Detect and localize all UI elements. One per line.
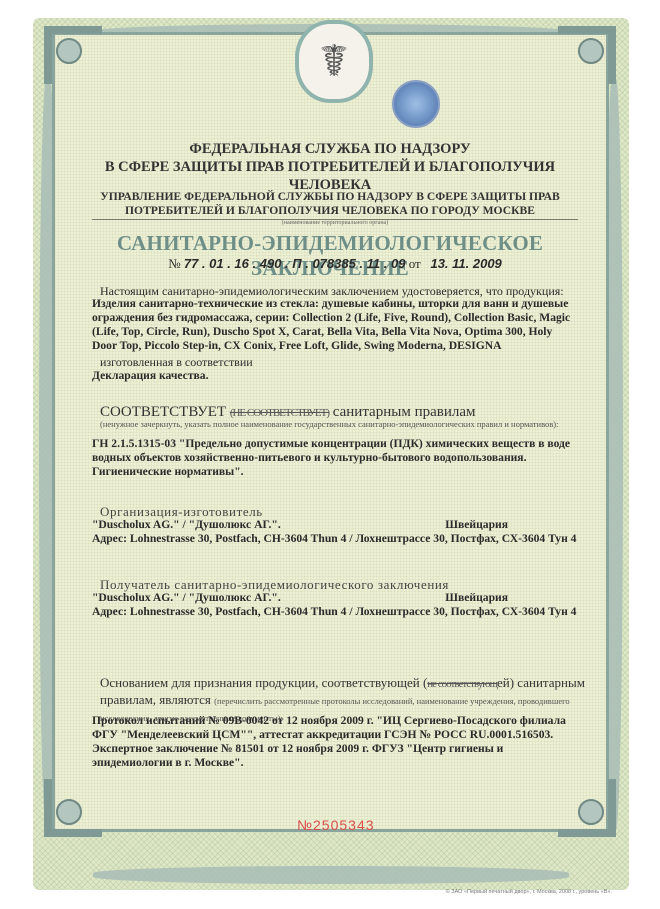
rules-value: ГН 2.1.5.1315-03 "Предельно допустимые к… [92, 437, 578, 479]
agency-line-1: ФЕДЕРАЛЬНАЯ СЛУЖБА ПО НАДЗОРУ [80, 140, 580, 158]
date-prefix: от [409, 256, 421, 271]
basis-label-1: Основанием для признания продукции, соот… [100, 675, 427, 690]
guilloche-border-bottom [93, 866, 569, 884]
coat-of-arms-icon: ☤ [295, 20, 373, 103]
agency-line-2: В СФЕРЕ ЗАЩИТЫ ПРАВ ПОТРЕБИТЕЛЕЙ И БЛАГО… [80, 158, 580, 194]
ornament-corner-icon [558, 26, 616, 84]
certificate-date: 13. 11. 2009 [430, 256, 501, 271]
recipient-block: "Duscholux AG." / "Душолюкс АГ.".Швейцар… [92, 591, 578, 619]
struck-text: (НЕ СООТВЕТСТВУЕТ) [230, 407, 329, 419]
serial-number: №2505343 [297, 817, 375, 833]
ornament-corner-icon [44, 779, 102, 837]
agency-name: ФЕДЕРАЛЬНАЯ СЛУЖБА ПО НАДЗОРУ В СФЕРЕ ЗА… [80, 140, 580, 194]
manufacturer-name: "Duscholux AG." / "Душолюкс АГ.". [92, 518, 281, 532]
recipient-country: Швейцария [445, 591, 508, 605]
office-name: УПРАВЛЕНИЕ ФЕДЕРАЛЬНОЙ СЛУЖБЫ ПО НАДЗОРУ… [85, 190, 575, 218]
conformity-label: СООТВЕТСТВУЕТ [100, 404, 226, 420]
number-prefix: № [168, 256, 180, 271]
office-line-1: УПРАВЛЕНИЕ ФЕДЕРАЛЬНОЙ СЛУЖБЫ ПО НАДЗОРУ… [85, 190, 575, 204]
printer-imprint: © ЗАО «Первый печатный двор», г. Москва,… [446, 889, 612, 895]
basis-struck: не соответствующ [427, 678, 497, 690]
product-intro: Настоящим санитарно-эпидемиологическим з… [92, 284, 586, 298]
recipient-name: "Duscholux AG." / "Душолюкс АГ.". [92, 591, 281, 605]
rules-label: санитарным правилам [333, 404, 476, 420]
office-line-2: ПОТРЕБИТЕЛЕЙ И БЛАГОПОЛУЧИЯ ЧЕЛОВЕКА ПО … [85, 204, 575, 218]
made-value: Декларация качества. [92, 369, 578, 383]
hologram-seal-icon [392, 80, 440, 128]
manufacturer-block: "Duscholux AG." / "Душолюкс АГ.".Швейцар… [92, 518, 578, 546]
made-label: изготовленная в соответствии [92, 355, 586, 370]
manufacturer-country: Швейцария [445, 518, 508, 532]
office-caption: (наименование территориального органа) [92, 220, 578, 226]
ornament-corner-icon [558, 779, 616, 837]
ornament-corner-icon [44, 26, 102, 84]
basis-documents: Протокол испытаний № 09В-0042 от 12 нояб… [92, 714, 578, 770]
conformity-note: (ненужное зачеркнуть, указать полное наи… [92, 419, 586, 429]
certificate-number: 77 . 01 . 16 . 490 . П . 078385 . 11 . 0… [184, 256, 406, 271]
recipient-address: Адрес: Lohnestrasse 30, Postfach, CH-360… [92, 605, 578, 619]
manufacturer-address: Адрес: Lohnestrasse 30, Postfach, CH-360… [92, 532, 578, 546]
emblem-glyph: ☤ [319, 36, 348, 87]
product-description: Изделия санитарно-технические из стекла:… [92, 297, 578, 353]
certificate-number-line: № 77 . 01 . 16 . 490 . П . 078385 . 11 .… [92, 256, 578, 272]
